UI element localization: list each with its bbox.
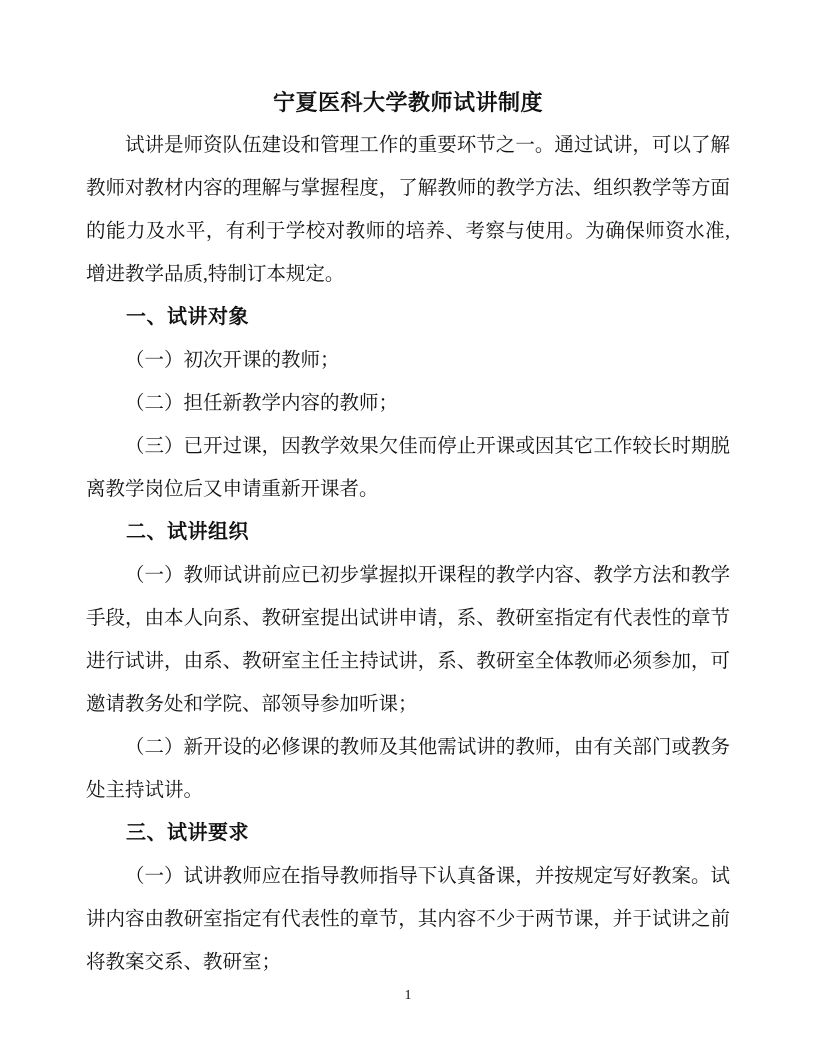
section-1-item-1: （一）初次开课的教师； <box>86 339 730 382</box>
document-title: 宁夏医科大学教师试讲制度 <box>86 81 730 124</box>
section-heading-1: 一、试讲对象 <box>86 296 730 339</box>
section-2-item-2: （二）新开设的必修课的教师及其他需试讲的教师，由有关部门或教务处主持试讲。 <box>86 726 730 812</box>
section-1-item-3: （三）已开过课，因教学效果欠佳而停止开课或因其它工作较长时期脱离教学岗位后又申请… <box>86 425 730 511</box>
document-page: 宁夏医科大学教师试讲制度 试讲是师资队伍建设和管理工作的重要环节之一。通过试讲，… <box>0 0 816 984</box>
section-2-item-1: （一）教师试讲前应已初步掌握拟开课程的教学内容、教学方法和教学手段，由本人向系、… <box>86 554 730 726</box>
page-footer: 1 <box>0 986 816 1004</box>
section-1-item-2: （二）担任新教学内容的教师； <box>86 382 730 425</box>
section-heading-3: 三、试讲要求 <box>86 812 730 855</box>
section-3-item-1: （一）试讲教师应在指导教师指导下认真备课，并按规定写好教案。试讲内容由教研室指定… <box>86 855 730 984</box>
section-heading-2: 二、试讲组织 <box>86 511 730 554</box>
intro-paragraph: 试讲是师资队伍建设和管理工作的重要环节之一。通过试讲，可以了解教师对教材内容的理… <box>86 124 730 296</box>
page-number: 1 <box>405 988 412 1003</box>
